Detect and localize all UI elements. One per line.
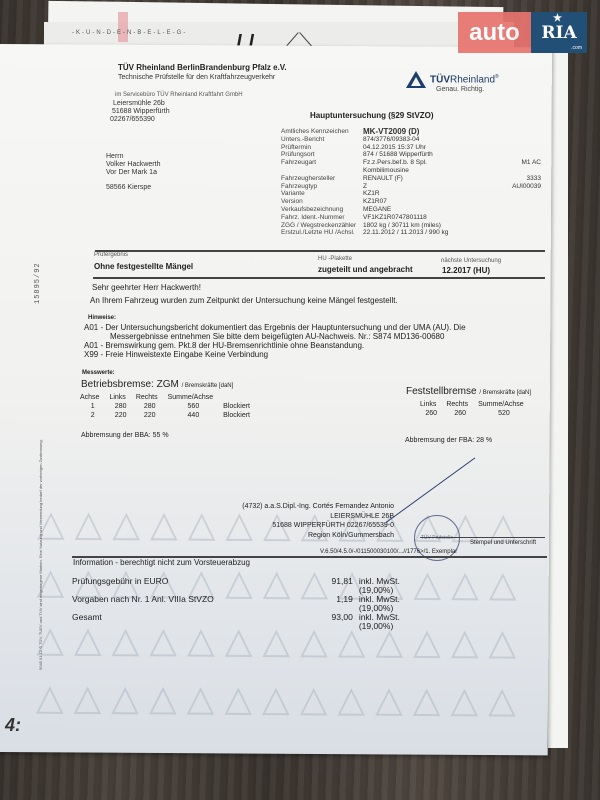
- vehicle-field-label: Fahrzeughersteller: [281, 175, 363, 183]
- table-cell: 260: [446, 408, 478, 417]
- vehicle-field-label: Prüfungsort: [281, 151, 363, 159]
- fee-label: Gesamt: [72, 613, 304, 631]
- vehicle-field-extra: AUI00039: [482, 183, 541, 191]
- recipient-salutation: Herrn: [106, 153, 160, 161]
- notes-list: A01 - Der Untersuchungsbericht dokumenti…: [84, 323, 466, 359]
- vehicle-field-row: FahrzeugherstellerRENAULT (F)3333: [281, 175, 541, 183]
- vehicle-field-row: FahrzeugartFz.z.Pers.bef.b. 8 Spl.M1 AC: [281, 159, 541, 167]
- issuer-city: 51688 Wipperfürth: [112, 108, 170, 115]
- vehicle-field-row: FahrzeugtypZAUI00039: [281, 183, 541, 191]
- fee-amount: 93,00: [304, 613, 352, 631]
- vehicle-field-value: MEGANE: [363, 206, 391, 214]
- table-header-row: AchseLinksRechtsSumme/Achse: [80, 394, 254, 401]
- table-cell: 1: [80, 401, 109, 410]
- signature-rule: [420, 537, 545, 538]
- fee-row: Vorgaben nach Nr. 1 Anl. VIIIa StVZO1,19…: [72, 595, 432, 613]
- vehicle-field-value: KZ1R07: [363, 198, 387, 206]
- note-text: Bremswirkung gem. Pkt.8 der HU-Bremsenri…: [105, 341, 364, 350]
- inspector-line4: Region Köln/Gummersbach: [232, 531, 394, 541]
- table-cell: 520: [478, 408, 534, 417]
- logo-auto-text: auto: [458, 12, 531, 53]
- vehicle-field-row: Unters.-Bericht874/3776/09383-04: [281, 136, 541, 144]
- issuer-street: Leiersmühle 26b: [113, 100, 165, 107]
- table-header-cell: Rechts: [446, 401, 478, 408]
- vehicle-field-row: VerkaufsbezeichnungMEGANE: [281, 206, 541, 214]
- logo-ria-box: ★ RIA .com: [531, 12, 587, 53]
- fee-tax: inkl. MwSt.(19,00%): [359, 613, 432, 631]
- vehicle-field-value: KZ1R: [363, 190, 380, 198]
- vehicle-field-label: Erstzul./Letzte HU /Achsl.: [281, 229, 363, 237]
- vehicle-field-label: Prüftermin: [281, 144, 363, 152]
- inspector-block: (4732) a.a.S.Dipl.-Ing. Cortés Fernandez…: [232, 502, 394, 540]
- note-item: A01 - Bremswirkung gem. Pkt.8 der HU-Bre…: [84, 341, 466, 350]
- note-code: A01 -: [84, 341, 105, 350]
- vehicle-field-value: RENAULT (F): [363, 175, 403, 183]
- vehicle-field-row: Fahrz. Ident.-NummerVF1KZ1R0747801118: [281, 214, 541, 222]
- vehicle-field-value: Fz.z.Pers.bef.b. 8 Spl.: [363, 159, 427, 167]
- vehicle-field-label: Variante: [281, 190, 363, 198]
- vehicle-field-value: 874/3776/09383-04: [363, 136, 419, 144]
- service-point: im Servicebüro TÜV Rheinland Kraftfahrt …: [115, 92, 243, 98]
- table-header-cell: Links: [109, 394, 135, 401]
- table-row: 260260520: [420, 408, 534, 417]
- inspector-line3: 51688 WIPPERFÜRTH 02267/65539-0: [232, 521, 394, 531]
- next-inspection-value: 12.2017 (HU): [442, 266, 490, 275]
- margin-mark: 4:: [5, 715, 21, 736]
- logo-com-text: .com: [571, 45, 582, 51]
- fee-row: Gesamt93,00inkl. MwSt.(19,00%): [72, 613, 432, 631]
- table-cell: 560: [168, 401, 224, 410]
- vehicle-field-extra: 3333: [497, 175, 541, 183]
- recipient-name: Volker Hackwerth: [106, 161, 160, 169]
- parking-brake-deceleration: Abbremsung der FBA: 28 %: [405, 437, 492, 444]
- margin-legal-text: 5045 01.12 © TÜV, TUEV und TUV sind eing…: [38, 439, 43, 670]
- vehicle-field-value: 22.11.2012 / 11.2013 / 990 kg: [363, 229, 448, 237]
- table-header-cell: Rechts: [136, 394, 168, 401]
- vehicle-field-value: MK-VT2009 (D): [363, 128, 419, 136]
- note-code: X99 -: [84, 350, 105, 359]
- tuev-triangle-icon: [406, 71, 426, 88]
- recipient-city: 58566 Kierspe: [106, 184, 160, 192]
- fees-title: Information - berechtigt nicht zum Vorst…: [73, 558, 250, 567]
- table-header-cell: Summe/Achse: [168, 394, 224, 401]
- report-title: Hauptuntersuchung (§29 StVZO): [310, 111, 434, 120]
- letter-greeting: Sehr geehrter Herr Hackwerth!: [92, 283, 201, 292]
- note-item: A01 - Der Untersuchungsbericht dokumenti…: [84, 323, 466, 332]
- vehicle-field-label: Unters.-Bericht: [281, 136, 363, 144]
- vehicle-field-value: VF1KZ1R0747801118: [363, 214, 427, 222]
- table-cell: 220: [109, 410, 135, 419]
- fee-label: Vorgaben nach Nr. 1 Anl. VIIIa StVZO: [72, 595, 304, 613]
- vehicle-field-extra: M1 AC: [491, 159, 541, 167]
- plakette-value: zugeteilt und angebracht: [318, 265, 413, 274]
- vehicle-field-value: Kombilimousine: [363, 167, 409, 175]
- table-cell: Blockiert: [223, 401, 254, 410]
- recipient-street: Vor Der Mark 1a: [106, 169, 160, 177]
- table-cell: 2: [80, 410, 109, 419]
- vehicle-field-row: Kombilimousine: [281, 167, 541, 175]
- serial-number: 15895/92: [34, 262, 42, 304]
- vehicle-field-value: 04.12.2015 15:37 Uhr: [363, 144, 426, 152]
- pink-tape: [118, 12, 128, 42]
- table-header-row: LinksRechtsSumme/Achse: [420, 401, 534, 408]
- vehicle-field-row: VarianteKZ1R: [281, 190, 541, 198]
- fee-row: Prüfungsgebühr in EURO91,81inkl. MwSt.(1…: [72, 577, 432, 595]
- autoria-logo: auto ★ RIA .com: [458, 12, 587, 53]
- service-brake-title: Betriebsbremse: ZGM / Bremskräfte [daN]: [81, 379, 233, 390]
- brand-name: TÜVRheinland®: [430, 74, 499, 85]
- issuer-phone: 02267/655390: [110, 116, 155, 123]
- vehicle-field-label: Version: [281, 198, 363, 206]
- table-cell: 220: [136, 410, 168, 419]
- table-row: 2220220440Blockiert: [80, 410, 254, 419]
- vehicle-field-label: Fahrzeugtyp: [281, 183, 363, 191]
- note-code: A01 -: [84, 323, 105, 332]
- plakette-label: HU -Plakette: [318, 256, 352, 262]
- version-line: V.6.50/4.5.0/-/011500030100/...//1776>/1…: [320, 549, 457, 555]
- vehicle-field-label: Amtliches Kennzeichen: [281, 128, 363, 136]
- note-item: X99 - Freie Hinweistexte Eingabe Keine V…: [84, 350, 466, 359]
- vehicle-field-value: Z: [363, 183, 367, 191]
- measurements-title: Messwerte:: [82, 370, 115, 376]
- result-value: Ohne festgestellte Mängel: [94, 262, 193, 271]
- table-row: 1280280560Blockiert: [80, 401, 254, 410]
- vehicle-field-row: Amtliches KennzeichenMK-VT2009 (D): [281, 128, 541, 136]
- fee-tax: inkl. MwSt.(19,00%): [359, 577, 432, 595]
- vehicle-field-row: Prüfungsort874 / 51688 Wipperfürth: [281, 151, 541, 159]
- logo-ria-text: RIA: [541, 23, 576, 43]
- vehicle-field-row: Prüftermin04.12.2015 15:37 Uhr: [281, 144, 541, 152]
- fee-label: Prüfungsgebühr in EURO: [72, 577, 304, 595]
- issuer-subtitle: Technische Prüfstelle für den Kraftfahrz…: [118, 74, 275, 81]
- note-text: Freie Hinweistexte Eingabe Keine Verbind…: [105, 350, 268, 359]
- recipient-address: Herrn Volker Hackwerth Vor Der Mark 1a 5…: [106, 153, 160, 192]
- fee-amount: 91,81: [304, 577, 352, 595]
- parking-brake-table: LinksRechtsSumme/Achse260260520: [420, 401, 534, 417]
- table-header-cell: Links: [420, 401, 446, 408]
- signature-label: Stempel und Unterschrift: [470, 540, 536, 546]
- vehicle-field-label: Fahrz. Ident.-Nummer: [281, 214, 363, 222]
- service-brake-table: AchseLinksRechtsSumme/Achse1280280560Blo…: [80, 394, 254, 419]
- vehicle-field-value: 1802 kg / 30711 km (miles): [363, 222, 441, 230]
- vehicle-field-row: ZGG / Wegstreckenzähler1802 kg / 30711 k…: [281, 222, 541, 230]
- vehicle-field-value: 874 / 51688 Wipperfürth: [363, 151, 433, 159]
- parking-brake-title: Feststellbremse / Bremskräfte [daN]: [406, 386, 531, 397]
- table-cell: 280: [136, 401, 168, 410]
- fee-tax: inkl. MwSt.(19,00%): [359, 595, 432, 613]
- inspector-line1: (4732) a.a.S.Dipl.-Ing. Cortés Fernandez…: [232, 502, 394, 512]
- star-icon: ★: [553, 13, 562, 24]
- table-header-cell: Achse: [80, 394, 109, 401]
- table-cell: 440: [168, 410, 224, 419]
- vehicle-field-label: ZGG / Wegstreckenzähler: [281, 222, 363, 230]
- fee-amount: 1,19: [304, 595, 352, 613]
- note-text: Der Untersuchungsbericht dokumentiert da…: [105, 323, 465, 332]
- brand-slogan: Genau. Richtig.: [436, 86, 484, 93]
- service-brake-deceleration: Abbremsung der BBA: 55 %: [81, 432, 169, 439]
- fees-table: Prüfungsgebühr in EURO91,81inkl. MwSt.(1…: [72, 577, 432, 631]
- vehicle-field-label: [281, 167, 363, 175]
- vehicle-fields: Amtliches KennzeichenMK-VT2009 (D)Unters…: [281, 128, 541, 237]
- kundenbeleg-header: -K-U-N-D-E-N-B-E-L-E-G-: [72, 30, 187, 36]
- vehicle-field-label: Fahrzeugart: [281, 159, 363, 167]
- result-top-rule: [95, 250, 545, 252]
- result-bottom-rule: [93, 277, 545, 279]
- next-inspection-label: nächste Untersuchung: [441, 258, 501, 264]
- note-continuation: Messergebnisse entnehmen Sie bitte dem b…: [84, 332, 466, 341]
- table-header-cell: Summe/Achse: [478, 401, 534, 408]
- table-cell: Blockiert: [223, 410, 254, 419]
- vehicle-field-row: VersionKZ1R07: [281, 198, 541, 206]
- inspector-line2: LEIERSMÜHLE 26B: [232, 512, 394, 522]
- table-header-cell: [223, 394, 254, 401]
- vehicle-field-row: Erstzul./Letzte HU /Achsl.22.11.2012 / 1…: [281, 229, 541, 237]
- issuer-name: TÜV Rheinland BerlinBrandenburg Pfalz e.…: [118, 63, 287, 72]
- result-label: Prüfergebnis: [94, 252, 128, 258]
- letter-body: An Ihrem Fahrzeug wurden zum Zeitpunkt d…: [90, 296, 398, 305]
- notes-title: Hinweise:: [88, 315, 116, 321]
- vehicle-field-label: Verkaufsbezeichnung: [281, 206, 363, 214]
- table-cell: 280: [109, 401, 135, 410]
- table-cell: 260: [420, 408, 446, 417]
